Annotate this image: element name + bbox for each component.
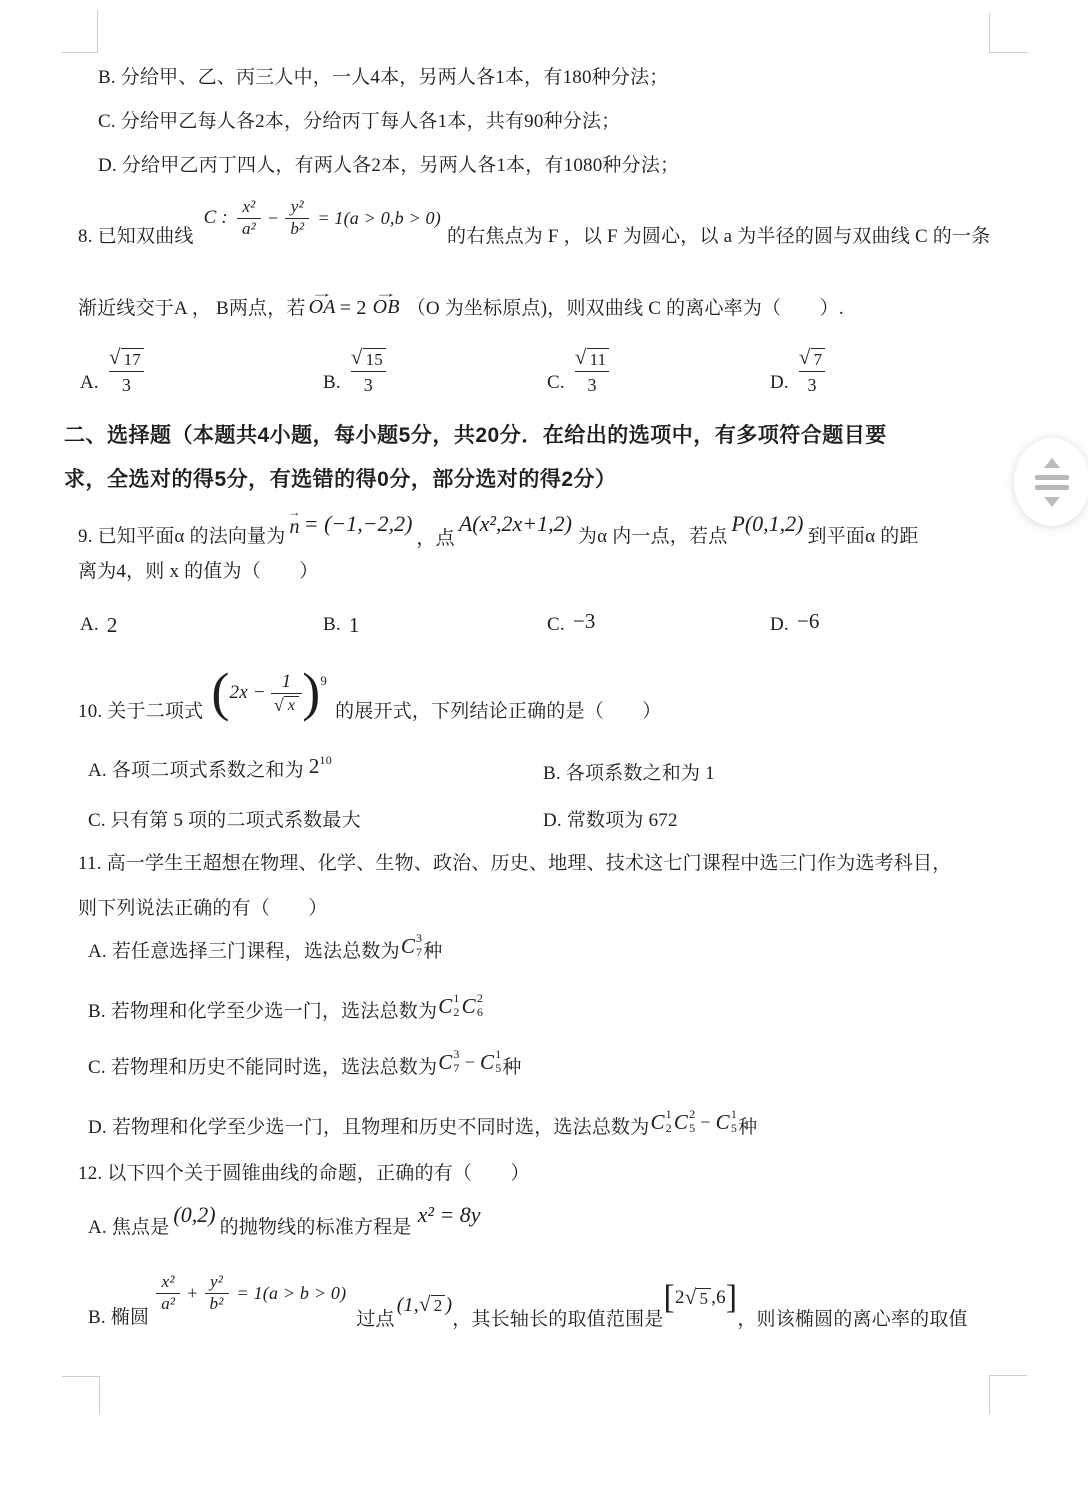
combination-c2-1: C12: [650, 1108, 671, 1136]
combination-c5-1: C15: [716, 1108, 737, 1136]
q10-after-formula: 的展开式，下列结论正确的是（ ）: [335, 696, 661, 723]
vector-arrow-icon: →: [375, 289, 398, 297]
q11-option-b: B. 若物理和化学至少选一门，选法总数为 C12 C26: [88, 990, 484, 1028]
point-a-coords: A(x²,2x+1,2): [459, 511, 572, 537]
focus-point: (0,2): [173, 1202, 215, 1228]
q8-option-c: C. √11 3: [547, 334, 609, 396]
q10-option-a: A. 各项二项式系数之和为 210: [88, 752, 332, 784]
crop-mark-bottom-left: [62, 1376, 100, 1414]
scroll-widget[interactable]: [1014, 438, 1088, 526]
power-exponent: 10: [320, 753, 332, 768]
minus-sign: −: [268, 208, 278, 229]
crop-mark-bottom-right: [989, 1375, 1027, 1414]
ellipse-condition: = 1(a > b > 0): [237, 1283, 347, 1304]
q11-option-d: D. 若物理和化学至少选一门，且物理和历史不同时选，选法总数为 C12 C25 …: [88, 1106, 757, 1144]
q11-line2: 则下列说法正确的有（ ）: [78, 893, 328, 920]
q12-line1: 12. 以下四个关于圆锥曲线的命题，正确的有（ ）: [78, 1158, 530, 1185]
power-base: 2: [309, 754, 320, 779]
minus-sign: −: [465, 1052, 475, 1073]
q8-option-d: D. √7 3: [770, 334, 825, 396]
combination-c7-3: C37: [401, 932, 422, 960]
vector-ob: → OB: [373, 289, 400, 318]
left-paren: (: [211, 671, 229, 714]
radical-sign: √: [575, 347, 587, 368]
q8-line2: 渐近线交于A ， B两点，若 → OA = 2 → OB （O 为坐标原点)，则…: [78, 278, 844, 320]
combination-c2-1: C12: [438, 992, 459, 1020]
vector-n: → n: [289, 508, 301, 537]
q12-option-b: B. 椭圆 x² a² + y² b² = 1(a > b > 0) 过点 (1…: [88, 1258, 968, 1340]
radical-sign: √: [109, 347, 121, 368]
vector-arrow-icon: →: [311, 289, 334, 297]
q9-option-d: D.−6: [770, 610, 820, 640]
left-bracket: [: [663, 1284, 675, 1311]
fraction-x2-a2: x² a²: [156, 1272, 180, 1314]
q8-line2-end: （O 为坐标原点)，则双曲线 C 的离心率为（ ）.: [407, 293, 844, 320]
section2-header-line2: 求，全选对的得5分，有选错的得0分，部分选对的得2分）: [64, 463, 617, 493]
q11-line1: 11. 高一学生王超想在物理、化学、生物、政治、历史、地理、技术这七门课程中选三…: [78, 848, 951, 875]
q9-line1: 9. 已知平面α 的法向量为 → n = (−1,−2,2) ，点 A(x²,2…: [78, 502, 919, 550]
exam-document-page: B. 分给甲、乙、丙三人中，一人4本，另两人各1本，有180种分法； C. 分给…: [0, 0, 1088, 1496]
q7-option-c: C. 分给甲乙每人各2本，分给丙丁每人各1本，共有90种分法；: [98, 106, 620, 133]
ellipse-equation: x² a² + y² b² = 1(a > b > 0): [153, 1272, 346, 1314]
radical-sign: √: [685, 1287, 697, 1308]
normal-vector-value: = (−1,−2,2): [304, 511, 413, 537]
q9-option-c: C.−3: [547, 610, 596, 640]
scroll-up-icon[interactable]: [1044, 458, 1060, 468]
q10-option-c: C. 只有第 5 项的二项式系数最大: [88, 805, 361, 832]
point-1-sqrt2: (1, √2 ): [397, 1294, 453, 1317]
major-axis-range: [ 2 √5 ,6 ]: [663, 1287, 737, 1314]
q10-line: 10. 关于二项式 ( 2x − 1 √x ) 9 的展开式，下列结论正确的是（…: [78, 650, 662, 736]
radical-sign: √: [351, 347, 363, 368]
sqrt11-over-3: √11 3: [575, 347, 610, 396]
point-p-coords: P(0,1,2): [731, 511, 803, 537]
q8-intro: 8. 已知双曲线: [78, 221, 194, 248]
crop-mark-top-left: [62, 10, 98, 53]
q8-hyperbola-formula: C : x² a² − y² b² = 1(a > 0,b > 0): [194, 197, 441, 239]
q7-option-b: B. 分给甲、乙、丙三人中，一人4本，另两人各1本，有180种分法；: [98, 62, 668, 89]
vector-oa: → OA: [309, 289, 336, 318]
sqrt7-over-3: √7 3: [799, 347, 825, 396]
section2-header-line1: 二、选择题（本题共4小题，每小题5分，共20分．在给出的选项中，有多项符合题目要: [64, 419, 887, 449]
radical-sign: √: [419, 1294, 431, 1315]
fraction-y2-b2: y² b²: [205, 1272, 229, 1314]
q9-intro: 9. 已知平面α 的法向量为: [78, 521, 286, 548]
q7-option-d: D. 分给甲乙丙丁四人，有两人各2本，另两人各1本，有1080种分法；: [98, 150, 679, 177]
q12-option-a: A. 焦点是 (0,2) 的抛物线的标准方程是 x² = 8y: [88, 1196, 481, 1242]
q8-option-a: A. √17 3: [80, 334, 144, 396]
radical-sign: √: [799, 347, 811, 368]
q8-after-formula: 的右焦点为 F ，以 F 为圆心，以 a 为半径的圆与双曲线 C 的一条: [447, 221, 990, 248]
crop-mark-top-right: [989, 13, 1028, 53]
combination-c6-2: C26: [462, 992, 483, 1020]
radical-sign: √: [274, 696, 284, 714]
sqrt15-over-3: √15 3: [351, 347, 386, 396]
minus-sign: −: [700, 1112, 710, 1133]
q10-option-b: B. 各项系数之和为 1: [543, 758, 715, 785]
combination-c5-1: C15: [480, 1048, 501, 1076]
scroll-down-icon[interactable]: [1044, 497, 1060, 507]
q9-option-a: A.2: [80, 610, 118, 640]
q8-option-b: B. √15 3: [323, 334, 386, 396]
plus-sign: +: [187, 1283, 197, 1304]
q11-option-a: A. 若任意选择三门课程，选法总数为 C37 种: [88, 930, 442, 968]
q9-line2: 离为4，则 x 的值为（ ）: [78, 556, 319, 583]
curve-label: C :: [204, 207, 228, 229]
right-bracket: ]: [726, 1284, 738, 1311]
parabola-equation: x² = 8y: [418, 1202, 481, 1228]
q10-binomial-formula: ( 2x − 1 √x ) 9: [211, 671, 327, 715]
fraction-x2-a2: x² a²: [237, 197, 261, 239]
q9-option-b: B.1: [323, 610, 360, 640]
fraction-1-over-sqrtx: 1 √x: [271, 671, 302, 715]
formula-condition: = 1(a > 0,b > 0): [317, 208, 441, 229]
combination-c5-2: C25: [674, 1108, 695, 1136]
q8-line1: 8. 已知双曲线 C : x² a² − y² b² = 1(a > 0,b >…: [78, 190, 990, 254]
vector-equation: = 2: [340, 297, 367, 320]
q8-line2-start: 渐近线交于A ， B两点，若: [78, 293, 306, 320]
q10-intro: 10. 关于二项式: [78, 696, 203, 723]
q10-option-d: D. 常数项为 672: [543, 805, 678, 832]
q11-option-c: C. 若物理和历史不能同时选，选法总数为 C37 − C15 种: [88, 1046, 522, 1084]
exponent: 9: [320, 673, 327, 689]
combination-c7-3: C37: [438, 1048, 459, 1076]
fraction-y2-b2: y² b²: [285, 197, 309, 239]
right-paren: ): [302, 671, 320, 714]
scroll-grip-icon[interactable]: [1035, 475, 1069, 490]
sqrt17-over-3: √17 3: [109, 347, 144, 396]
